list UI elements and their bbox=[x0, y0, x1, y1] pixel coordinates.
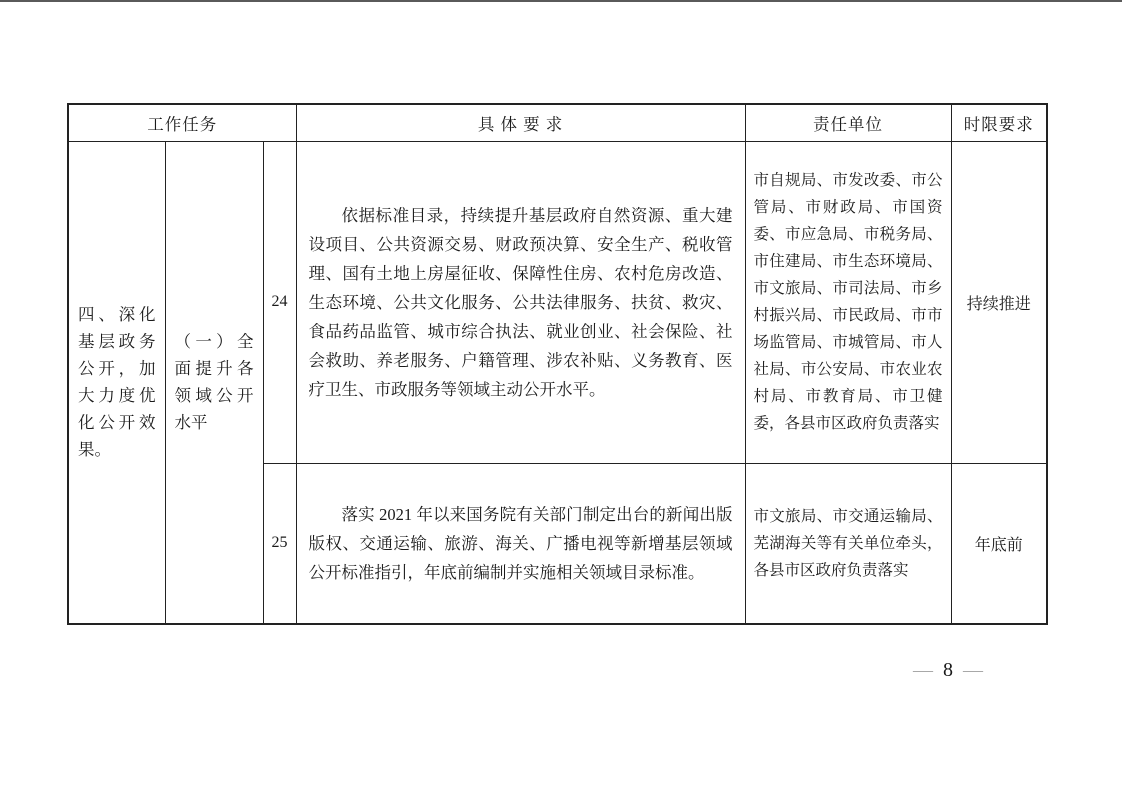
document-table-container: 工作任务 具 体 要 求 责任单位 时限要求 四、深化基层政务公开，加大力度优化… bbox=[67, 103, 1048, 625]
table-header-row: 工作任务 具 体 要 求 责任单位 时限要求 bbox=[68, 104, 1047, 141]
header-responsible-unit: 责任单位 bbox=[745, 104, 951, 141]
table-row: 四、深化基层政务公开，加大力度优化公开效果。 （一）全面提升各领域公开水平 24… bbox=[68, 141, 1047, 463]
task-table: 工作任务 具 体 要 求 责任单位 时限要求 四、深化基层政务公开，加大力度优化… bbox=[67, 103, 1048, 625]
header-work-task: 工作任务 bbox=[68, 104, 296, 141]
requirement-text-25: 落实 2021 年以来国务院有关部门制定出台的新闻出版版权、交通运输、旅游、海关… bbox=[296, 463, 745, 624]
task-subcategory-cell: （一）全面提升各领域公开水平 bbox=[165, 141, 263, 624]
header-deadline: 时限要求 bbox=[951, 104, 1047, 141]
page-number-footer: —8— bbox=[893, 659, 1003, 682]
responsible-units-24: 市自规局、市发改委、市公管局、市财政局、市国资委、市应急局、市税务局、市住建局、… bbox=[745, 141, 951, 463]
task-number-25: 25 bbox=[263, 463, 296, 624]
task-category-cell: 四、深化基层政务公开，加大力度优化公开效果。 bbox=[68, 141, 165, 624]
header-requirements: 具 体 要 求 bbox=[296, 104, 745, 141]
page-top-edge-line bbox=[0, 0, 1122, 2]
page-number: 8 bbox=[943, 659, 953, 681]
task-number-24: 24 bbox=[263, 141, 296, 463]
deadline-24: 持续推进 bbox=[951, 141, 1047, 463]
deadline-25: 年底前 bbox=[951, 463, 1047, 624]
footer-left-dash: — bbox=[913, 659, 933, 681]
responsible-units-25: 市文旅局、市交通运输局、芜湖海关等有关单位牵头，各县市区政府负责落实 bbox=[745, 463, 951, 624]
footer-right-dash: — bbox=[963, 659, 983, 681]
requirement-text-24: 依据标准目录，持续提升基层政府自然资源、重大建设项目、公共资源交易、财政预决算、… bbox=[296, 141, 745, 463]
